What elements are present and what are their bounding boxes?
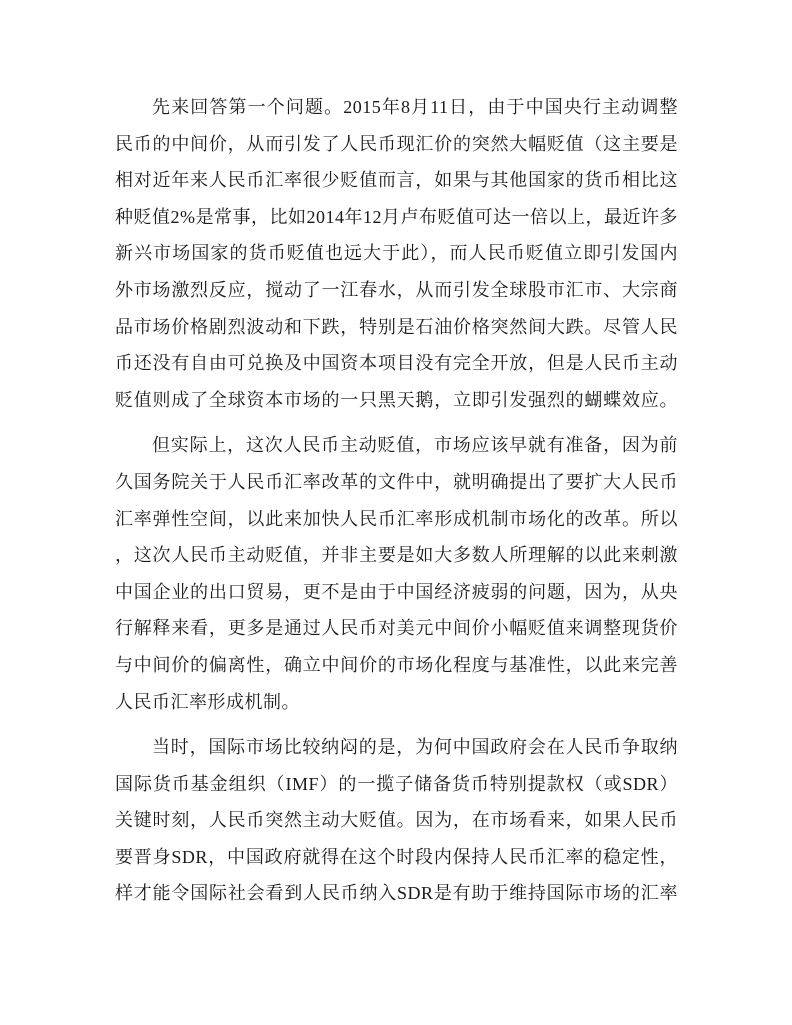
text-line: 外市场激烈反应，搅动了一江春水，从而引发全球股市汇市、大宗商 [115, 272, 678, 309]
text-line: 品市场价格剧烈波动和下跌，特别是石油价格突然间大跌。尽管人民 [115, 309, 678, 346]
text-line: 先来回答第一个问题。2015年8月11日，由于中国央行主动调整人 [115, 89, 678, 126]
text-line: 中国企业的出口贸易，更不是由于中国经济疲弱的问题，因为，从央 [115, 574, 678, 611]
text-line: 汇率弹性空间，以此来加快人民币汇率形成机制市场化的改革。所以 [115, 501, 678, 538]
text-line: 相对近年来人民币汇率很少贬值而言，如果与其他国家的货币相比这 [115, 162, 678, 199]
text-line: 民币的中间价，从而引发了人民币现汇价的突然大幅贬值（这主要是 [115, 126, 678, 163]
document-page: 先来回答第一个问题。2015年8月11日，由于中国央行主动调整人民币的中间价，从… [0, 0, 792, 1025]
paragraph: 但实际上，这次人民币主动贬值，市场应该早就有准备，因为前不久国务院关于人民币汇率… [115, 427, 678, 720]
text-line: 国际货币基金组织（IMF）的一揽子储备货币特别提款权（或SDR）的 [115, 766, 678, 803]
text-line: 但实际上，这次人民币主动贬值，市场应该早就有准备，因为前不 [115, 427, 678, 464]
paragraph: 先来回答第一个问题。2015年8月11日，由于中国央行主动调整人民币的中间价，从… [115, 89, 678, 418]
paragraph: 当时，国际市场比较纳闷的是，为何中国政府会在人民币争取纳入国际货币基金组织（IM… [115, 729, 678, 912]
text-line: 当时，国际市场比较纳闷的是，为何中国政府会在人民币争取纳入 [115, 729, 678, 766]
text-line: 币还没有自由可兑换及中国资本项目没有完全开放，但是人民币主动 [115, 345, 678, 382]
text-line: 样才能令国际社会看到人民币纳入SDR是有助于维持国际市场的汇率稳 [115, 875, 678, 912]
text-line: 关键时刻，人民币突然主动大贬值。因为，在市场看来，如果人民币 [115, 802, 678, 839]
text-line: 种贬值2%是常事，比如2014年12月卢布贬值可达一倍以上，最近许多 [115, 199, 678, 236]
text-block: 先来回答第一个问题。2015年8月11日，由于中国央行主动调整人民币的中间价，从… [115, 89, 678, 921]
text-line: 久国务院关于人民币汇率改革的文件中，就明确提出了要扩大人民币 [115, 464, 678, 501]
text-line: 新兴市场国家的货币贬值也远大于此），而人民币贬值立即引发国内 [115, 235, 678, 272]
text-line: 人民币汇率形成机制。 [115, 684, 678, 721]
text-line: ，这次人民币主动贬值，并非主要是如大多数人所理解的以此来刺激 [115, 537, 678, 574]
text-line: 要晋身SDR，中国政府就得在这个时段内保持人民币汇率的稳定性，这 [115, 839, 678, 876]
text-line: 贬值则成了全球资本市场的一只黑天鹅，立即引发强烈的蝴蝶效应。 [115, 382, 678, 419]
text-line: 与中间价的偏离性，确立中间价的市场化程度与基准性，以此来完善 [115, 647, 678, 684]
text-line: 行解释来看，更多是通过人民币对美元中间价小幅贬值来调整现货价 [115, 610, 678, 647]
